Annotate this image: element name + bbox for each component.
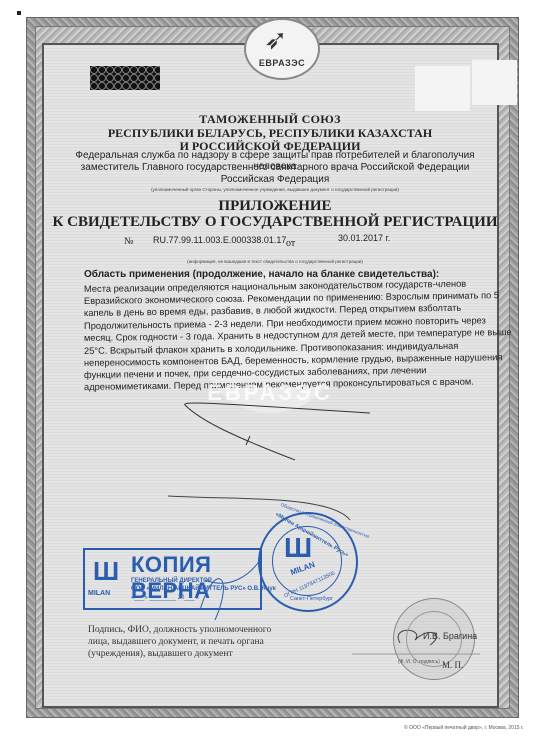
signature-label-line-2: лица, выдавшего документ, и печать орган… — [88, 637, 264, 647]
printer-copyright: © ООО «Первый печатный двор», г. Москва,… — [404, 725, 524, 731]
seal-place-label: М. П. — [442, 660, 463, 670]
seal-city: Санкт-Петербург — [290, 596, 333, 602]
signature-label-line-3: (учреждения), выдавшего документ — [88, 649, 233, 659]
fio-caption: (Ф. И. О. подпись) — [398, 659, 440, 665]
milan-logo-icon: Ш — [93, 558, 119, 584]
signature-label-line-1: Подпись, ФИО, должность уполномоченного — [88, 625, 271, 635]
milan-logo-icon: Ш — [284, 532, 312, 564]
copy-certified-stamp: Ш MILAN КОПИЯ ВЕРНА ГЕНЕРАЛЬНЫЙ ДИРЕКТОР… — [83, 548, 262, 610]
stamp-role: ГЕНЕРАЛЬНЫЙ ДИРЕКТОР — [131, 578, 212, 584]
signer-name: И.В. Брагина — [423, 631, 477, 641]
stamp-logo-word: MILAN — [88, 590, 110, 597]
stamp-date-line: «___» ________ 20___ г. — [131, 595, 199, 601]
stamp-company: ООО «МИЛАН АРЦНАЙМИТТЕЛЬ РУС» О.В. Яцук — [131, 586, 276, 592]
company-round-seal: Общество с ограниченной ответственностью… — [258, 512, 358, 612]
